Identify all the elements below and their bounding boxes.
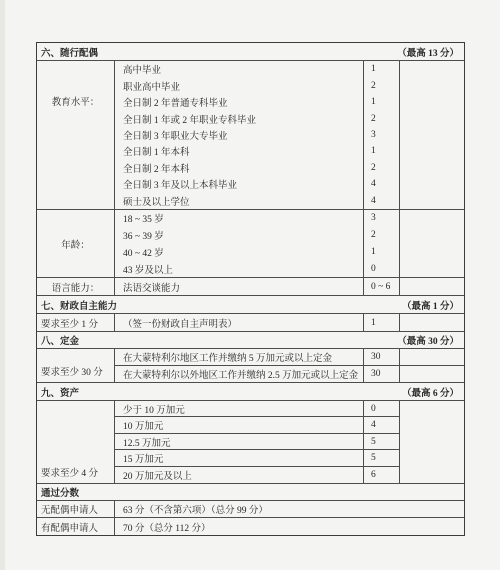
education-points-column: 1 2 1 2 3 1 2 4 4 (364, 61, 400, 209)
section8-max-points: （最高 30 分） (397, 333, 464, 347)
scan-edge-shade (0, 0, 5, 570)
criteria-text: 少于 10 万加元 (115, 401, 363, 417)
points-value: 1 (364, 314, 400, 331)
points-value: 5 (364, 450, 399, 466)
language-points-column: 0 ~ 6 (364, 278, 400, 295)
points-value: 30 (364, 366, 399, 382)
points-value: 2 (364, 160, 399, 176)
section8-title: 八、定金 (37, 333, 79, 347)
section9-max-points: （最高 6 分） (402, 385, 464, 399)
criteria-text: 40 ~ 42 岁 (115, 244, 363, 261)
criteria-text: 高中毕业 (115, 61, 363, 77)
section9-title: 九、资产 (37, 385, 79, 399)
section8-header: 八、定金 （最高 30 分） (37, 332, 464, 349)
criteria-text: 15 万加元 (115, 450, 363, 466)
age-criteria-column: 18 ~ 35 岁 36 ~ 39 岁 40 ~ 42 岁 43 岁及以上 (115, 210, 364, 277)
pass-score-row-single: 无配偶申请人 63 分（不含第六项）（总分 99 分） (37, 501, 464, 518)
pass-score-row-with-spouse: 有配偶申请人 70 分（总分 112 分） (37, 518, 464, 535)
criteria-text: 法语交谈能力 (115, 278, 363, 295)
score-entry-cell (400, 61, 464, 209)
points-value: 1 (364, 61, 399, 77)
points-value: 5 (364, 434, 399, 450)
section7-header: 七、财政自主能力 （最高 1 分） (37, 296, 464, 314)
language-label: 语言能力： (37, 278, 115, 295)
score-entry-cell (400, 314, 464, 331)
score-entry-cell (400, 401, 464, 483)
education-criteria-column: 高中毕业 职业高中毕业 全日制 2 年普通专科毕业 全日制 1 年或 2 年职业… (115, 61, 364, 209)
score-entry-cell (400, 278, 464, 295)
criteria-text: 18 ~ 35 岁 (115, 210, 363, 227)
pass-score-header: 通过分数 (37, 484, 464, 501)
section9-header: 九、资产 （最高 6 分） (37, 383, 464, 401)
score-entry-cell (400, 349, 464, 366)
language-criteria-column: 法语交谈能力 (115, 278, 364, 295)
education-group: 教育水平： 高中毕业 职业高中毕业 全日制 2 年普通专科毕业 全日制 1 年或… (37, 61, 464, 210)
section6-title: 六、随行配偶 (37, 45, 98, 59)
section6-max-points: （最高 13 分） (397, 45, 464, 59)
pass-score-value: 70 分（总分 112 分） (115, 518, 464, 535)
requirement-label: 要求至少 30 分 (37, 349, 115, 382)
criteria-text: 全日制 3 年职业大专毕业 (115, 127, 363, 143)
criteria-text: 在大蒙特利尔地区工作并缴纳 5 万加元或以上定金 (115, 349, 363, 366)
points-value: 30 (364, 349, 399, 366)
points-value: 2 (364, 77, 399, 93)
points-value: 4 (364, 417, 399, 433)
financial-self-sufficiency-row: 要求至少 1 分 （签一份财政自主声明表） 1 (37, 314, 464, 332)
age-label: 年龄： (37, 210, 115, 277)
section7-title: 七、财政自主能力 (37, 298, 117, 312)
education-label: 教育水平： (37, 61, 115, 209)
criteria-text: 10 万加元 (115, 417, 363, 433)
deposit-criteria-column: 在大蒙特利尔地区工作并缴纳 5 万加元或以上定金 在大蒙特利尔以外地区工作并缴纳… (115, 349, 364, 382)
points-value: 1 (364, 94, 399, 110)
pass-score-title: 通过分数 (37, 485, 79, 499)
points-value: 4 (364, 176, 399, 192)
assets-group: 要求至少 4 分 少于 10 万加元 10 万加元 12.5 万加元 15 万加… (37, 401, 464, 484)
points-value: 6 (364, 467, 399, 483)
deposit-points-column: 30 30 (364, 349, 400, 382)
criteria-text: 12.5 万加元 (115, 434, 363, 450)
points-value: 3 (364, 127, 399, 143)
criteria-text: 全日制 2 年本科 (115, 160, 363, 176)
criteria-text: 在大蒙特利尔以外地区工作并缴纳 2.5 万加元或以上定金 (115, 366, 363, 382)
applicant-type-label: 无配偶申请人 (37, 501, 115, 517)
requirement-label: 要求至少 1 分 (37, 314, 115, 331)
criteria-text: （签一份财政自主声明表） (115, 314, 364, 331)
criteria-text: 硕士及以上学位 (115, 193, 363, 209)
pass-score-value: 63 分（不含第六项）（总分 99 分） (115, 501, 464, 517)
points-value: 1 (364, 143, 399, 159)
assets-points-column: 0 4 5 5 6 (364, 401, 400, 483)
assets-criteria-column: 少于 10 万加元 10 万加元 12.5 万加元 15 万加元 20 万加元及… (115, 401, 364, 483)
applicant-type-label: 有配偶申请人 (37, 518, 115, 535)
criteria-text: 全日制 1 年本科 (115, 143, 363, 159)
age-points-column: 3 2 1 0 (364, 210, 400, 277)
score-entry-cell (400, 366, 464, 382)
points-value: 0 (364, 260, 399, 277)
criteria-text: 职业高中毕业 (115, 77, 363, 93)
points-value: 0 ~ 6 (364, 278, 399, 295)
points-value: 3 (364, 210, 399, 227)
criteria-text: 20 万加元及以上 (115, 467, 363, 483)
age-group: 年龄： 18 ~ 35 岁 36 ~ 39 岁 40 ~ 42 岁 43 岁及以… (37, 210, 464, 278)
section6-header: 六、随行配偶 （最高 13 分） (37, 43, 464, 61)
immigration-points-table: 六、随行配偶 （最高 13 分） 教育水平： 高中毕业 职业高中毕业 全日制 2… (36, 42, 465, 536)
points-value: 0 (364, 401, 399, 417)
deposit-group: 要求至少 30 分 在大蒙特利尔地区工作并缴纳 5 万加元或以上定金 在大蒙特利… (37, 349, 464, 383)
score-entry-cell (400, 210, 464, 277)
language-group: 语言能力： 法语交谈能力 0 ~ 6 (37, 278, 464, 296)
criteria-text: 全日制 1 年或 2 年职业专科毕业 (115, 110, 363, 126)
criteria-text: 36 ~ 39 岁 (115, 227, 363, 244)
points-value: 2 (364, 227, 399, 244)
criteria-text: 43 岁及以上 (115, 260, 363, 277)
criteria-text: 全日制 2 年普通专科毕业 (115, 94, 363, 110)
points-value: 1 (364, 244, 399, 261)
requirement-label: 要求至少 4 分 (37, 401, 115, 483)
points-value: 4 (364, 193, 399, 209)
score-entry-column (400, 349, 464, 382)
points-value: 2 (364, 110, 399, 126)
criteria-text: 全日制 3 年及以上本科毕业 (115, 176, 363, 192)
section7-max-points: （最高 1 分） (402, 298, 464, 312)
